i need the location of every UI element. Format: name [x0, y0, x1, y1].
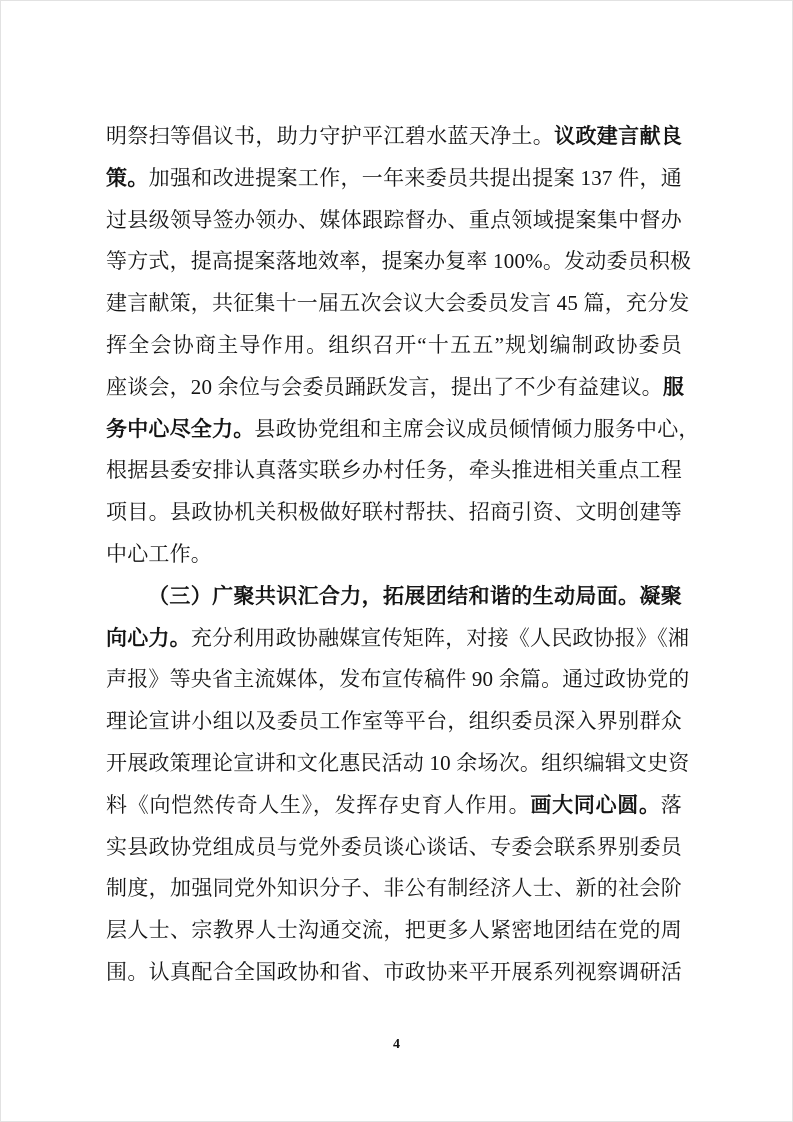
bold-text-run: 画大同心圆。 — [530, 793, 660, 817]
text-line: 过县级领导签办领办、媒体跟踪督办、重点领域提案集中督办 — [106, 200, 682, 242]
text-run: 料《向恺然传奇人生》，发挥存史育人作用。 — [106, 793, 530, 817]
body-text: 明祭扫等倡议书，助力守护平江碧水蓝天净土。议政建言献良策。加强和改进提案工作，一… — [106, 116, 682, 994]
text-line: 开展政策理论宣讲和文化惠民活动 10 余场次。组织编辑文史资 — [106, 743, 682, 785]
text-run: 中心工作。 — [106, 542, 212, 566]
text-line: 根据县委安排认真落实联乡办村任务，牵头推进相关重点工程 — [106, 450, 682, 492]
text-run: 声报》等央省主流媒体，发布宣传稿件 90 余篇。通过政协党的 — [106, 667, 690, 691]
bold-text-run: （三）广聚共识汇合力，拓展团结和谐的生动局面。凝聚 — [148, 584, 682, 608]
text-run: 县政协党组和主席会议成员倾情倾力服务中心， — [254, 417, 699, 441]
text-line: 料《向恺然传奇人生》，发挥存史育人作用。画大同心圆。落 — [106, 785, 682, 827]
text-run: 制度，加强同党外知识分子、非公有制经济人士、新的社会阶 — [106, 876, 682, 900]
text-line: 项目。县政协机关积极做好联村帮扶、招商引资、文明创建等 — [106, 492, 682, 534]
text-run: 建言献策，共征集十一届五次会议大会委员发言 45 篇，充分发 — [106, 291, 690, 315]
text-run: 过县级领导签办领办、媒体跟踪督办、重点领域提案集中督办 — [106, 208, 682, 232]
bold-text-run: 务中心尽全力。 — [106, 417, 254, 441]
text-run: 开展政策理论宣讲和文化惠民活动 10 余场次。组织编辑文史资 — [106, 751, 690, 775]
text-run: 围。认真配合全国政协和省、市政协来平开展系列视察调研活 — [106, 960, 682, 984]
text-line: 围。认真配合全国政协和省、市政协来平开展系列视察调研活 — [106, 952, 682, 994]
text-run: 充分利用政协融媒宣传矩阵，对接《人民政协报》《湘 — [191, 626, 689, 650]
text-run: 明祭扫等倡议书，助力守护平江碧水蓝天净土。 — [106, 124, 554, 148]
text-run: 层人士、宗教界人士沟通交流，把更多人紧密地团结在党的周 — [106, 918, 682, 942]
bold-text-run: 向心力。 — [106, 626, 191, 650]
text-line: 策。加强和改进提案工作，一年来委员共提出提案 137 件，通 — [106, 158, 682, 200]
text-run: 落 — [661, 793, 682, 817]
text-line: 制度，加强同党外知识分子、非公有制经济人士、新的社会阶 — [106, 868, 682, 910]
text-run: 项目。县政协机关积极做好联村帮扶、招商引资、文明创建等 — [106, 500, 682, 524]
text-run: 等方式，提高提案落地效率，提案办复率 100%。发动委员积极 — [106, 249, 691, 273]
text-line: （三）广聚共识汇合力，拓展团结和谐的生动局面。凝聚 — [106, 576, 682, 618]
text-line: 明祭扫等倡议书，助力守护平江碧水蓝天净土。议政建言献良 — [106, 116, 682, 158]
bold-text-run: 议政建言献良 — [554, 124, 682, 148]
text-line: 实县政协党组成员与党外委员谈心谈话、专委会联系界别委员 — [106, 827, 682, 869]
text-run: 理论宣讲小组以及委员工作室等平台，组织委员深入界别群众 — [106, 709, 682, 733]
text-line: 层人士、宗教界人士沟通交流，把更多人紧密地团结在党的周 — [106, 910, 682, 952]
text-run: 加强和改进提案工作，一年来委员共提出提案 137 件，通 — [149, 166, 682, 190]
document-page: 明祭扫等倡议书，助力守护平江碧水蓝天净土。议政建言献良策。加强和改进提案工作，一… — [0, 0, 793, 1122]
text-line: 建言献策，共征集十一届五次会议大会委员发言 45 篇，充分发 — [106, 283, 682, 325]
text-run: 实县政协党组成员与党外委员谈心谈话、专委会联系界别委员 — [106, 835, 682, 859]
text-line: 挥全会协商主导作用。组织召开“十五五”规划编制政协委员 — [106, 325, 682, 367]
text-line: 务中心尽全力。县政协党组和主席会议成员倾情倾力服务中心， — [106, 409, 682, 451]
text-line: 理论宣讲小组以及委员工作室等平台，组织委员深入界别群众 — [106, 701, 682, 743]
text-run: 挥全会协商主导作用。组织召开“十五五”规划编制政协委员 — [106, 333, 682, 357]
bold-text-run: 服 — [663, 375, 684, 399]
text-line: 向心力。充分利用政协融媒宣传矩阵，对接《人民政协报》《湘 — [106, 618, 682, 660]
text-line: 等方式，提高提案落地效率，提案办复率 100%。发动委员积极 — [106, 241, 682, 283]
text-line: 声报》等央省主流媒体，发布宣传稿件 90 余篇。通过政协党的 — [106, 659, 682, 701]
text-line: 中心工作。 — [106, 534, 682, 576]
text-run: 根据县委安排认真落实联乡办村任务，牵头推进相关重点工程 — [106, 458, 682, 482]
page-number: 4 — [1, 1037, 792, 1053]
bold-text-run: 策。 — [106, 166, 149, 190]
text-line: 座谈会，20 余位与会委员踊跃发言，提出了不少有益建议。服 — [106, 367, 682, 409]
text-run: 座谈会，20 余位与会委员踊跃发言，提出了不少有益建议。 — [106, 375, 663, 399]
